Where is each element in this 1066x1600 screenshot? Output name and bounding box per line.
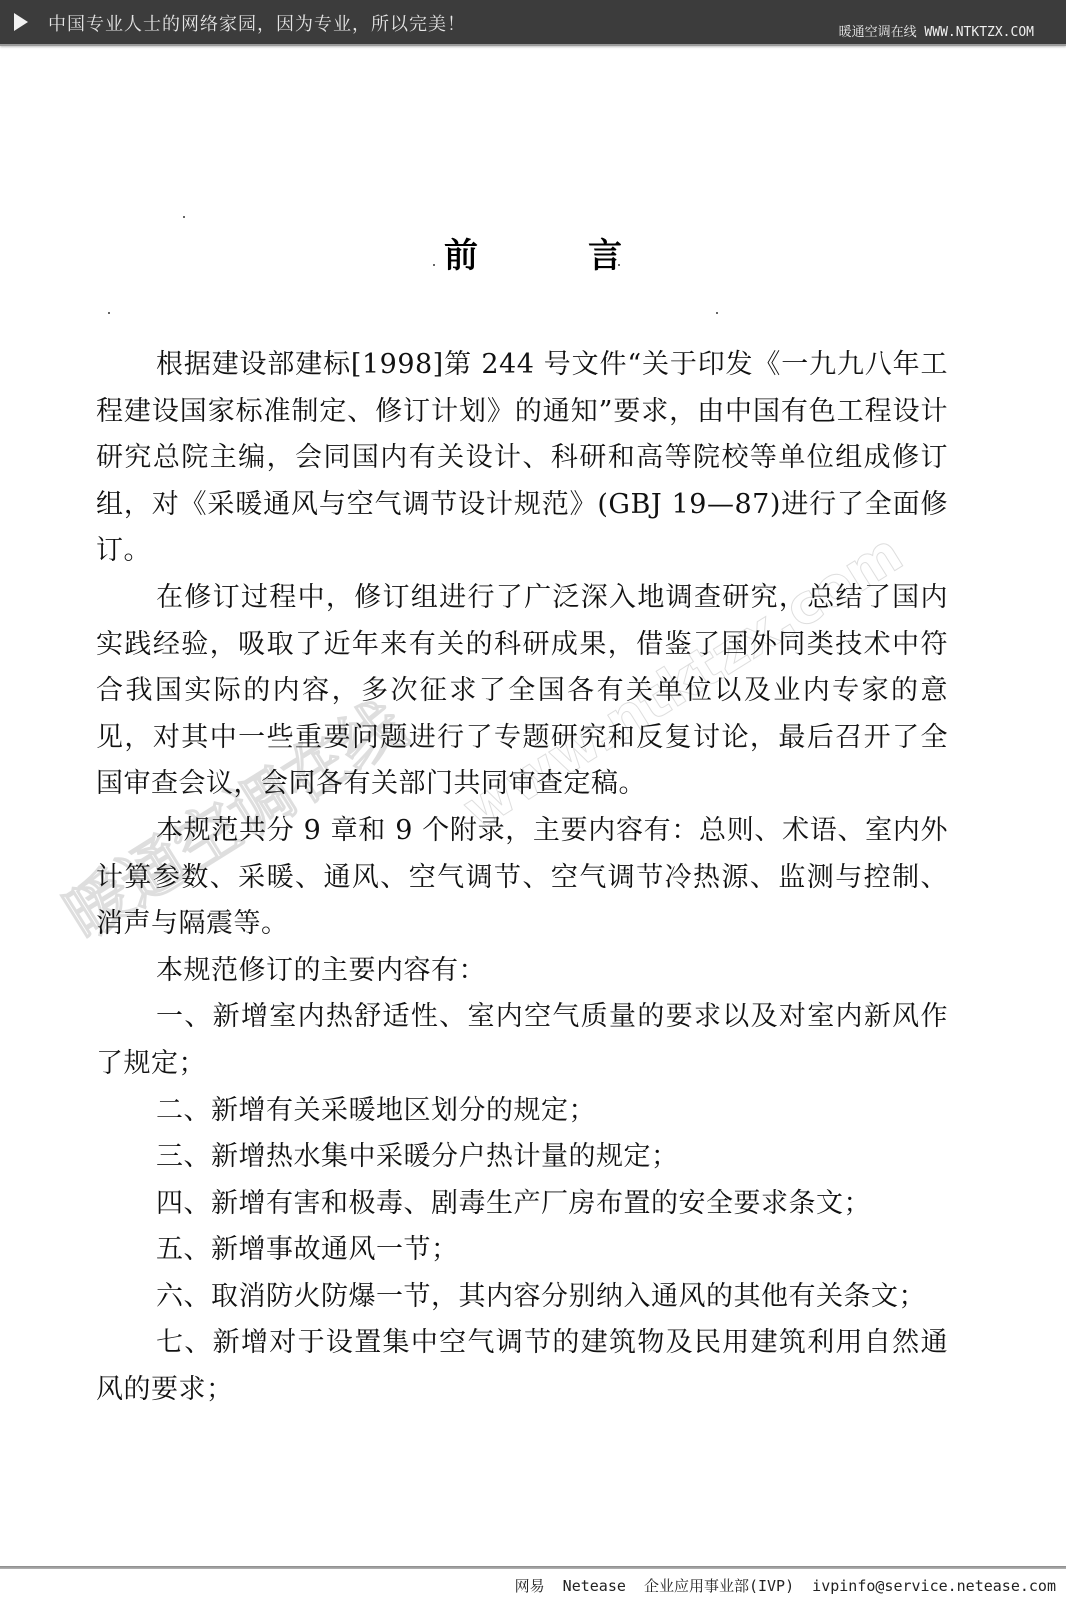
list-item: 七、新增对于设置集中空气调节的建筑物及民用建筑利用自然通风的要求； [96, 1320, 948, 1413]
list-item: 二、新增有关采暖地区划分的规定； [96, 1088, 948, 1135]
banner-site-link[interactable]: 暖通空调在线 WWW.NTKTZX.COM [839, 21, 1034, 40]
play-arrow-icon [14, 13, 28, 31]
paragraph: 在修订过程中，修订组进行了广泛深入地调查研究，总结了国内实践经验，吸取了近年来有… [96, 575, 948, 808]
banner-slogan: 中国专业人士的网络家园，因为专业，所以完美！ [48, 10, 466, 36]
footer-divider [0, 1566, 1066, 1569]
paragraph: 本规范共分 9 章和 9 个附录，主要内容有：总则、术语、室内外计算参数、采暖、… [96, 808, 948, 948]
document-body: 根据建设部建标[1998]第 244 号文件“关于印发《一九九八年工程建设国家标… [96, 342, 948, 1414]
list-item: 六、取消防火防爆一节，其内容分别纳入通风的其他有关条文； [96, 1274, 948, 1321]
page-title-char: 言 [588, 228, 622, 277]
scan-speck [716, 312, 718, 314]
paragraph: 本规范修订的主要内容有： [96, 948, 948, 995]
page-title: 前言 [0, 228, 1066, 277]
page-title-char: 前 [444, 228, 478, 277]
list-item: 三、新增热水集中采暖分户热计量的规定； [96, 1134, 948, 1181]
scan-speck [108, 312, 110, 314]
top-banner: 中国专业人士的网络家园，因为专业，所以完美！ 暖通空调在线 WWW.NTKTZX… [0, 0, 1066, 46]
list-item: 五、新增事故通风一节； [96, 1227, 948, 1274]
footer-credits: 网易 Netease 企业应用事业部(IVP) ivpinfo@service.… [515, 1575, 1056, 1596]
scan-speck [183, 216, 185, 218]
list-item: 四、新增有害和极毒、剧毒生产厂房布置的安全要求条文； [96, 1181, 948, 1228]
list-item: 一、新增室内热舒适性、室内空气质量的要求以及对室内新风作了规定； [96, 994, 948, 1087]
paragraph: 根据建设部建标[1998]第 244 号文件“关于印发《一九九八年工程建设国家标… [96, 342, 948, 575]
